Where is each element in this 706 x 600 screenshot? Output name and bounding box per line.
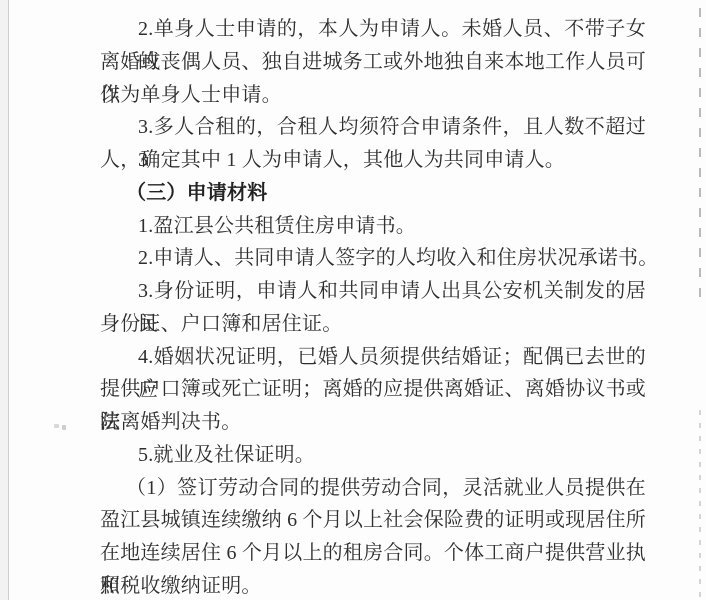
text-line: 2.单身人士申请的，本人为申请人。未婚人员、不带子女的 — [100, 13, 646, 46]
text-line: 人，确定其中 1 人为申请人，其他人为共同申请人。 — [100, 144, 646, 177]
scan-left-edge-line — [8, 0, 9, 600]
text-line: 2.申请人、共同申请人签字的人均收入和住房状况承诺书。 — [100, 242, 646, 275]
text-line: 离婚或丧偶人员、独自进城务工或外地独自来本地工作人员可以 — [100, 46, 646, 79]
text-line: 提供户口簿或死亡证明；离婚的应提供离婚证、离婚协议书或法 — [100, 373, 646, 406]
scan-speckle — [54, 424, 59, 428]
text-line: 1.盈江县公共租赁住房申请书。 — [100, 210, 646, 243]
scan-left-edge-shade — [0, 0, 8, 600]
text-line: 3.身份证明，申请人和共同申请人出具公安机关制发的居民 — [100, 275, 646, 308]
text-line: 身份证、户口簿和居住证。 — [100, 308, 646, 341]
text-line: 作为单身人士申请。 — [100, 79, 646, 112]
document-page: 2.单身人士申请的，本人为申请人。未婚人员、不带子女的离婚或丧偶人员、独自进城务… — [0, 0, 706, 600]
scan-right-edge-noise-top — [699, 8, 701, 308]
text-line: 在地连续居住 6 个月以上的租房合同。个体工商户提供营业执照 — [100, 537, 646, 570]
text-line: （1）签订劳动合同的提供劳动合同，灵活就业人员提供在 — [100, 472, 646, 505]
text-line: （三）申请材料 — [100, 177, 646, 210]
text-line: 和税收缴纳证明。 — [100, 570, 646, 600]
text-line: 4.婚姻状况证明，已婚人员须提供结婚证；配偶已去世的应 — [100, 341, 646, 374]
text-line: 盈江县城镇连续缴纳 6 个月以上社会保险费的证明或现居住所 — [100, 504, 646, 537]
text-line: 3.多人合租的，合租人均须符合申请条件，且人数不超过 3 — [100, 111, 646, 144]
scan-speckle — [62, 425, 66, 430]
scan-right-edge-noise-bottom — [699, 410, 701, 600]
text-line: 5.就业及社保证明。 — [100, 439, 646, 472]
text-line: 院离婚判决书。 — [100, 406, 646, 439]
